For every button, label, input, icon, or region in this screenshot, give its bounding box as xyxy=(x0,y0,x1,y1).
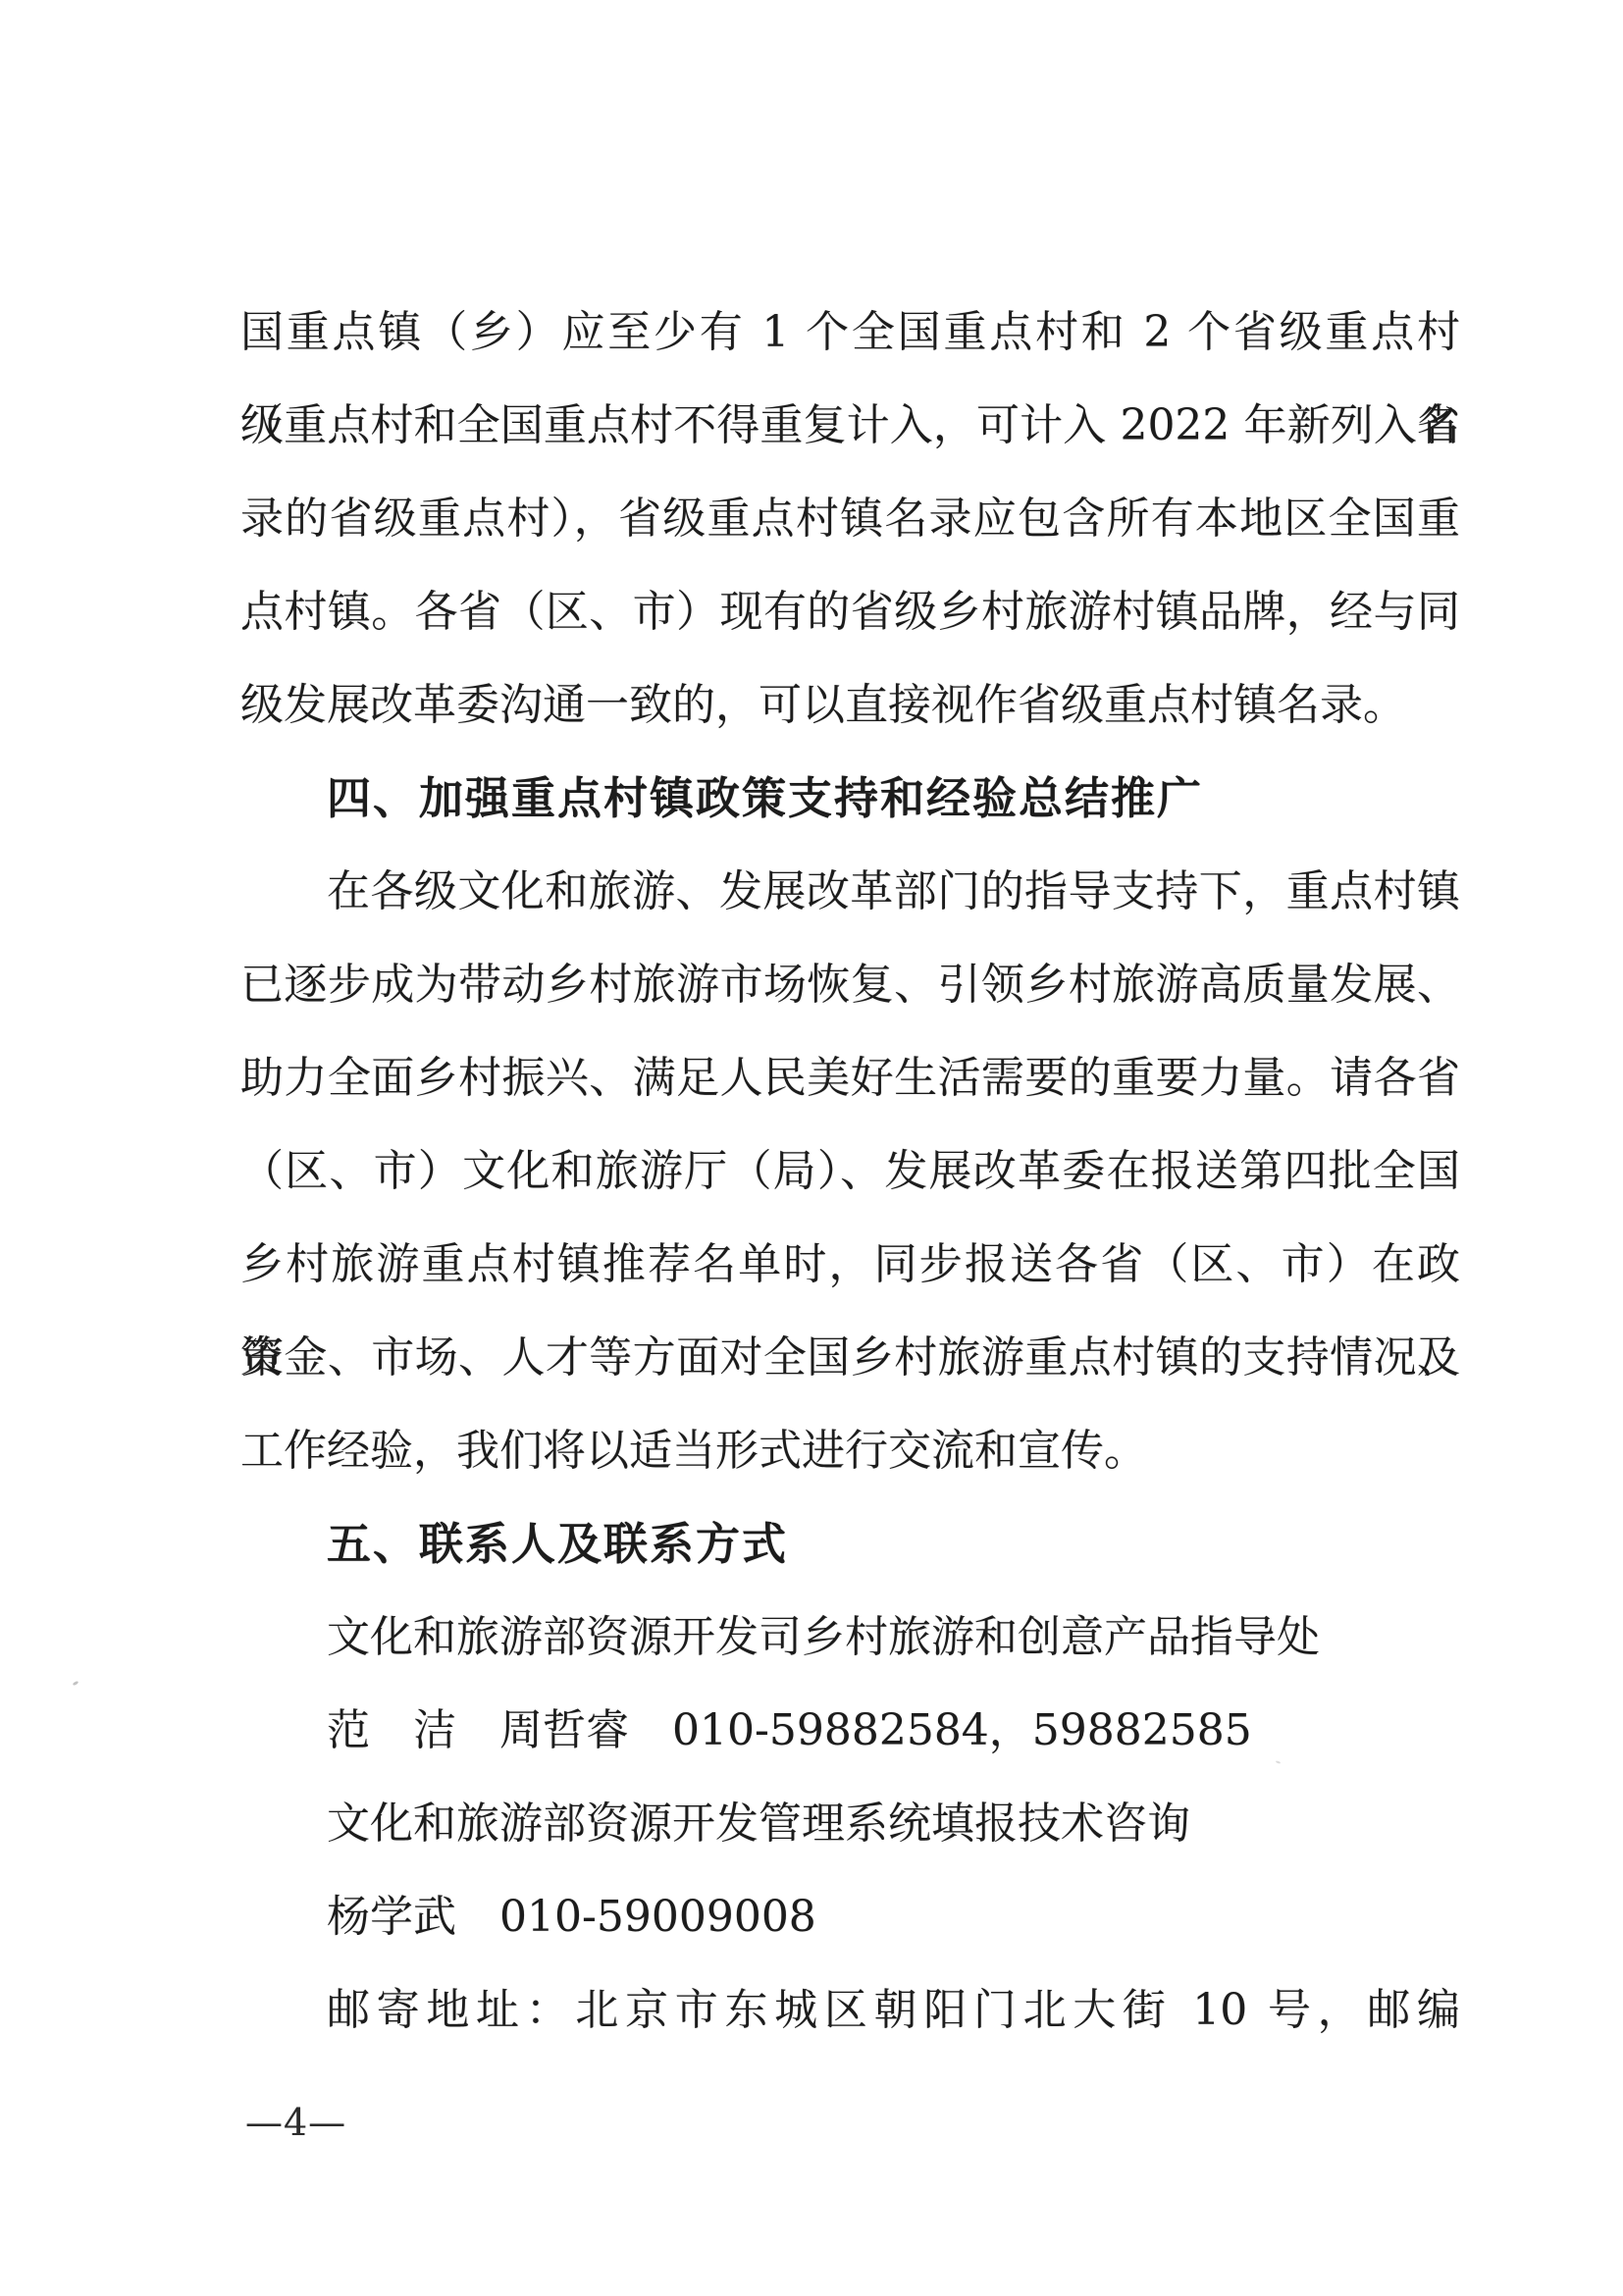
text-line: 已逐步成为带动乡村旅游市场恢复、引领乡村旅游高质量发展、 xyxy=(240,938,1460,1031)
section-heading-4: 四、加强重点村镇政策支持和经验总结推广 xyxy=(240,752,1460,845)
scan-artifact xyxy=(73,1681,79,1687)
mail-address-line: 邮寄地址：北京市东城区朝阳门北大街 10 号，邮编 xyxy=(240,1963,1460,2057)
text-line: 资金、市场、人才等方面对全国乡村旅游重点村镇的支持情况及 xyxy=(240,1311,1460,1404)
section-heading-5: 五、联系人及联系方式 xyxy=(240,1497,1460,1591)
text-line: 乡村旅游重点村镇推荐名单时，同步报送各省（区、市）在政策、 xyxy=(240,1218,1460,1311)
contact-unit-line: 文化和旅游部资源开发管理系统填报技术咨询 xyxy=(240,1777,1460,1870)
text-line: 工作经验，我们将以适当形式进行交流和宣传。 xyxy=(240,1404,1460,1497)
text-line: 级重点村和全国重点村不得重复计入，可计入 2022 年新列入名 xyxy=(240,379,1460,472)
text-line: 在各级文化和旅游、发展改革部门的指导支持下，重点村镇 xyxy=(240,845,1460,938)
text-line: （区、市）文化和旅游厅（局）、发展改革委在报送第四批全国 xyxy=(240,1124,1460,1218)
text-line: 级发展改革委沟通一致的，可以直接视作省级重点村镇名录。 xyxy=(240,658,1460,752)
document-page: 国重点镇（乡）应至少有 1 个全国重点村和 2 个省级重点村（省 级重点村和全国… xyxy=(0,0,1623,2296)
text-line: 点村镇。各省（区、市）现有的省级乡村旅游村镇品牌，经与同 xyxy=(240,565,1460,658)
contact-unit-line: 文化和旅游部资源开发司乡村旅游和创意产品指导处 xyxy=(240,1591,1460,1684)
text-line: 国重点镇（乡）应至少有 1 个全国重点村和 2 个省级重点村（省 xyxy=(240,286,1460,379)
page-number: —4— xyxy=(245,2098,346,2147)
document-body: 国重点镇（乡）应至少有 1 个全国重点村和 2 个省级重点村（省 级重点村和全国… xyxy=(240,286,1460,2057)
text-line: 助力全面乡村振兴、满足人民美好生活需要的重要力量。请各省 xyxy=(240,1031,1460,1124)
contact-person-phone-line: 杨学武 010-59009008 xyxy=(240,1870,1460,1963)
text-line: 录的省级重点村），省级重点村镇名录应包含所有本地区全国重 xyxy=(240,472,1460,565)
